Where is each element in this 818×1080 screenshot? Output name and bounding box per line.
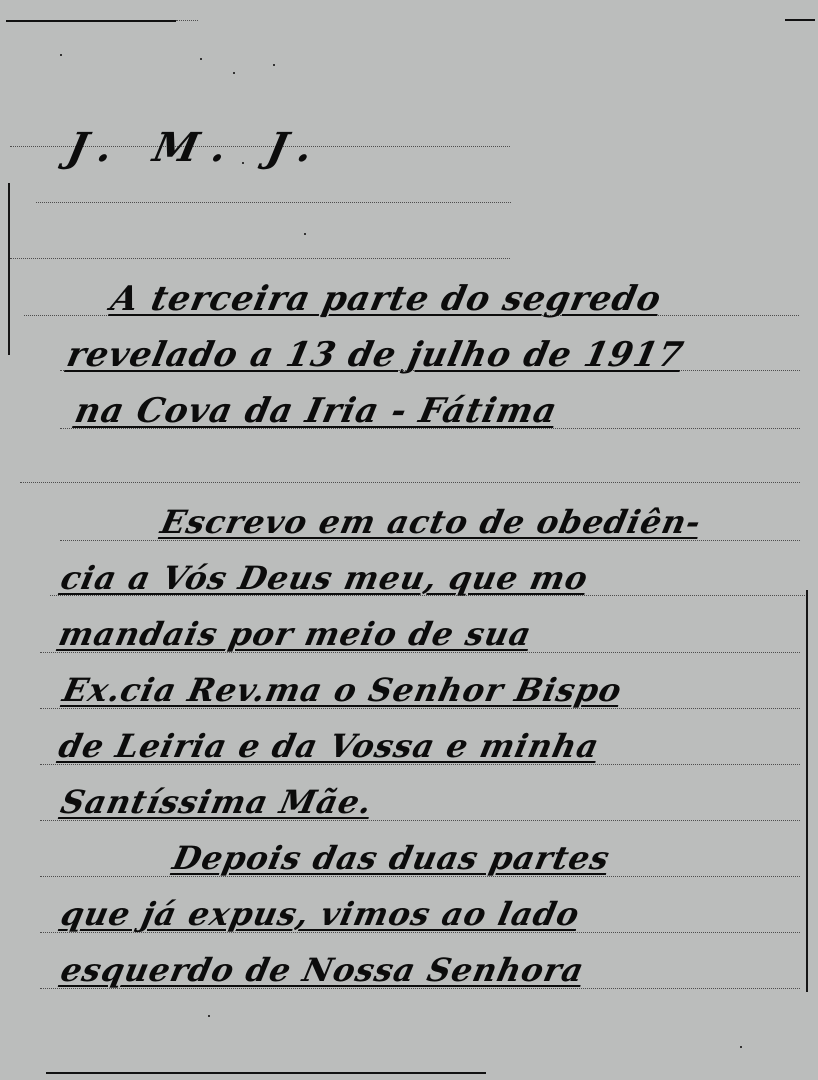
scan-speck [304, 233, 306, 235]
body-line-8: que já expus, vimos ao lado [58, 898, 583, 930]
top-right-rule [785, 19, 815, 21]
title-line-1: A terceira parte do segredo [108, 282, 664, 316]
top-left-rule-dotted [176, 20, 198, 21]
bottom-rule [46, 1072, 486, 1074]
left-margin-line [8, 183, 10, 355]
ruled-line [10, 258, 510, 259]
scan-speck [208, 1015, 210, 1017]
body-line-6: Santíssima Mãe. [58, 786, 375, 818]
body-line-4: Ex.cia Rev.ma o Senhor Bispo [60, 674, 625, 706]
right-margin-line [806, 590, 808, 992]
body-line-3: mandais por meio de sua [56, 618, 535, 650]
scan-speck [242, 162, 244, 164]
body-line-9: esquerdo de Nossa Senhora [58, 954, 587, 986]
scan-speck [60, 54, 62, 56]
body-line-5: de Leiria e da Vossa e minha [56, 730, 602, 762]
scan-speck [740, 1046, 742, 1048]
heading-jmj: J. M. J. [64, 128, 330, 168]
body-line-1: Escrevo em acto de obediên- [158, 506, 704, 538]
title-line-2: revelado a 13 de julho de 1917 [64, 338, 687, 372]
top-left-rule [6, 20, 176, 22]
scan-speck [233, 72, 235, 74]
ruled-line [36, 202, 511, 203]
ruled-line [20, 482, 800, 483]
title-line-3: na Cova da Iria - Fátima [72, 394, 560, 428]
body-line-2: cia a Vós Deus meu, que mo [58, 562, 591, 594]
scan-speck [273, 64, 275, 66]
scan-speck [200, 58, 202, 60]
body-line-7: Depois das duas partes [170, 842, 613, 874]
manuscript-page: J. M. J. A terceira parte do segredo rev… [0, 0, 818, 1080]
